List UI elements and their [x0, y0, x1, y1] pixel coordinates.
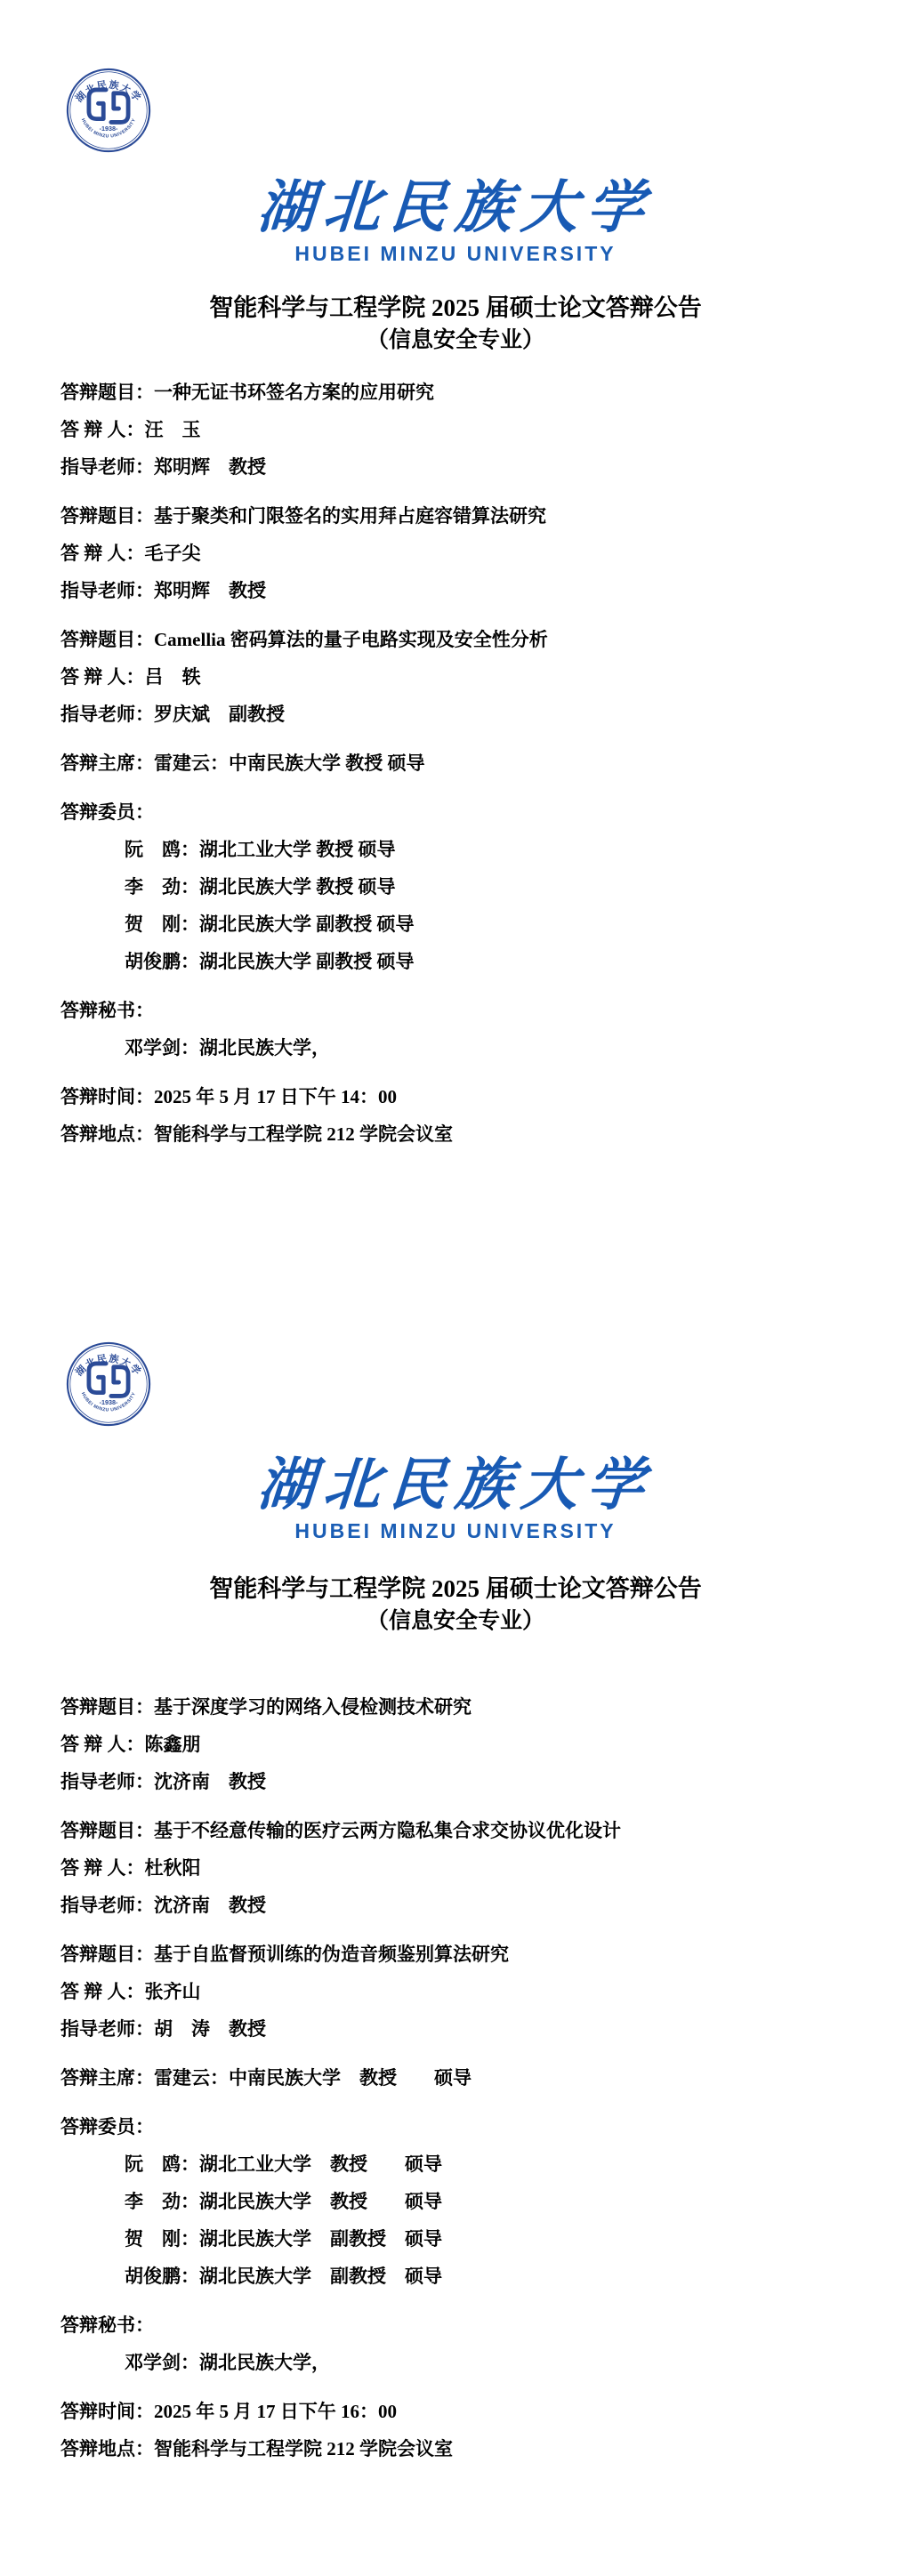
committee-header: 答辩委员：: [60, 793, 875, 831]
university-wordmark-cn: 湖北民族大学: [0, 1439, 911, 1521]
secretary-label: 答辩秘书：: [60, 1000, 154, 1021]
announcement-page-2: 湖北民族大学 -1938- HUBEI MINZU UNIVERSITY 湖北民…: [0, 1288, 911, 2576]
announcement-body: 答辩题目：一种无证书环签名方案的应用研究 答 辩 人：汪 玉 指导老师：郑明辉 …: [60, 374, 875, 1153]
committee-member: 贺 刚：湖北民族大学 副教授 硕导: [60, 2220, 875, 2258]
thesis-entry: 答辩题目：基于深度学习的网络入侵检测技术研究 答 辩 人：陈鑫朋 指导老师：沈济…: [60, 1688, 875, 1800]
advisor-label: 指导老师：: [60, 2018, 154, 2040]
candidate-line: 答 辩 人：吕 轶: [60, 658, 875, 696]
secretary-info: 邓学剑：湖北民族大学，: [60, 1029, 875, 1067]
committee-label: 答辩委员：: [60, 2116, 154, 2137]
secretary-label: 答辩秘书：: [60, 2314, 154, 2336]
defense-topic-label: 答辩题目：: [60, 1944, 154, 1965]
committee-group: 答辩委员： 阮 鸥：湖北工业大学 教授 硕导 李 劲：湖北民族大学 教授 硕导 …: [60, 2108, 875, 2295]
university-seal-svg: 湖北民族大学 -1938- HUBEI MINZU UNIVERSITY: [66, 68, 151, 153]
advisor-line: 指导老师：郑明辉 教授: [60, 448, 875, 486]
defense-topic-line: 答辩题目：基于自监督预训练的伪造音频鉴别算法研究: [60, 1936, 875, 1973]
advisor-line: 指导老师：沈济南 教授: [60, 1887, 875, 1924]
chair-info: 雷建云：中南民族大学 教授 硕导: [154, 753, 425, 774]
venue-label: 答辩地点：: [60, 1123, 154, 1145]
advisor-line: 指导老师：胡 涛 教授: [60, 2010, 875, 2048]
candidate-label: 答 辩 人：: [60, 419, 145, 440]
advisor-label: 指导老师：: [60, 580, 154, 601]
advisor-name: 沈济南 教授: [154, 1895, 266, 1916]
committee-member: 李 劲：湖北民族大学 教授 硕导: [60, 2183, 875, 2220]
secretary-header: 答辩秘书：: [60, 2306, 875, 2344]
thesis-entry: 答辩题目：基于不经意传输的医疗云两方隐私集合求交协议优化设计 答 辩 人：杜秋阳…: [60, 1812, 875, 1924]
page-title: 智能科学与工程学院 2025 届硕士论文答辩公告: [0, 288, 911, 323]
advisor-label: 指导老师：: [60, 456, 154, 478]
advisor-name: 胡 涛 教授: [154, 2018, 266, 2040]
committee-group: 答辩委员： 阮 鸥：湖北工业大学 教授 硕导 李 劲：湖北民族大学 教授 硕导 …: [60, 793, 875, 980]
secretary-info: 邓学剑：湖北民族大学，: [60, 2344, 875, 2381]
committee-member: 阮 鸥：湖北工业大学 教授 硕导: [60, 831, 875, 868]
page-subtitle: （信息安全专业）: [0, 1603, 911, 1635]
defense-topic: 一种无证书环签名方案的应用研究: [154, 382, 434, 403]
advisor-name: 郑明辉 教授: [154, 456, 266, 478]
defense-topic: 基于不经意传输的医疗云两方隐私集合求交协议优化设计: [154, 1820, 621, 1841]
page-title: 智能科学与工程学院 2025 届硕士论文答辩公告: [0, 1569, 911, 1604]
announcement-body: 答辩题目：基于深度学习的网络入侵检测技术研究 答 辩 人：陈鑫朋 指导老师：沈济…: [60, 1688, 875, 2467]
secretary-header: 答辩秘书：: [60, 992, 875, 1029]
advisor-line: 指导老师：郑明辉 教授: [60, 572, 875, 609]
committee-member: 胡俊鹏：湖北民族大学 副教授 硕导: [60, 2258, 875, 2295]
thesis-entry: 答辩题目：Camellia 密码算法的量子电路实现及安全性分析 答 辩 人：吕 …: [60, 621, 875, 733]
candidate-line: 答 辩 人：张齐山: [60, 1973, 875, 2010]
chair-line: 答辩主席：雷建云：中南民族大学 教授 硕导: [60, 745, 875, 782]
chair-group: 答辩主席：雷建云：中南民族大学 教授 硕导: [60, 2059, 875, 2097]
chair-info: 雷建云：中南民族大学 教授 硕导: [154, 2067, 472, 2089]
defense-topic-label: 答辩题目：: [60, 629, 154, 650]
venue-value: 智能科学与工程学院 212 学院会议室: [154, 1123, 453, 1145]
defense-topic: 基于自监督预训练的伪造音频鉴别算法研究: [154, 1944, 509, 1965]
defense-topic: 基于深度学习的网络入侵检测技术研究: [154, 1696, 472, 1718]
committee-member: 阮 鸥：湖北工业大学 教授 硕导: [60, 2145, 875, 2183]
announcement-page-1: 湖北民族大学 -1938- HUBEI MINZU UNIVERSITY 湖北民…: [0, 0, 911, 1288]
candidate-name: 吕 轶: [145, 666, 201, 688]
university-wordmark-en: HUBEI MINZU UNIVERSITY: [0, 242, 911, 266]
candidate-name: 杜秋阳: [145, 1857, 201, 1879]
candidate-line: 答 辩 人：杜秋阳: [60, 1849, 875, 1887]
candidate-name: 陈鑫朋: [145, 1734, 201, 1755]
advisor-name: 郑明辉 教授: [154, 580, 266, 601]
venue-label: 答辩地点：: [60, 2438, 154, 2459]
secretary-group: 答辩秘书： 邓学剑：湖北民族大学，: [60, 2306, 875, 2381]
advisor-name: 罗庆斌 副教授: [154, 704, 285, 725]
candidate-label: 答 辩 人：: [60, 1981, 145, 2002]
defense-topic-line: 答辩题目：一种无证书环签名方案的应用研究: [60, 374, 875, 411]
defense-topic: 基于聚类和门限签名的实用拜占庭容错算法研究: [154, 505, 546, 527]
secretary-group: 答辩秘书： 邓学剑：湖北民族大学，: [60, 992, 875, 1067]
defense-topic-line: 答辩题目：基于不经意传输的医疗云两方隐私集合求交协议优化设计: [60, 1812, 875, 1849]
schedule-group: 答辩时间：2025 年 5 月 17 日下午 14：00 答辩地点：智能科学与工…: [60, 1078, 875, 1153]
candidate-line: 答 辩 人：汪 玉: [60, 411, 875, 448]
committee-header: 答辩委员：: [60, 2108, 875, 2145]
advisor-line: 指导老师：沈济南 教授: [60, 1763, 875, 1800]
candidate-label: 答 辩 人：: [60, 666, 145, 688]
defense-topic-label: 答辩题目：: [60, 382, 154, 403]
advisor-label: 指导老师：: [60, 1771, 154, 1792]
university-wordmark-cn: 湖北民族大学: [0, 162, 911, 244]
thesis-entry: 答辩题目：基于聚类和门限签名的实用拜占庭容错算法研究 答 辩 人：毛子尖 指导老…: [60, 497, 875, 609]
committee-member: 胡俊鹏：湖北民族大学 副教授 硕导: [60, 943, 875, 980]
defense-topic-line: 答辩题目：基于聚类和门限签名的实用拜占庭容错算法研究: [60, 497, 875, 535]
thesis-entry: 答辩题目：一种无证书环签名方案的应用研究 答 辩 人：汪 玉 指导老师：郑明辉 …: [60, 374, 875, 486]
chair-label: 答辩主席：: [60, 2067, 154, 2089]
defense-topic-label: 答辩题目：: [60, 1696, 154, 1718]
defense-topic-line: 答辩题目：Camellia 密码算法的量子电路实现及安全性分析: [60, 621, 875, 658]
candidate-label: 答 辩 人：: [60, 1857, 145, 1879]
candidate-line: 答 辩 人：毛子尖: [60, 535, 875, 572]
candidate-label: 答 辩 人：: [60, 1734, 145, 1755]
venue-line: 答辩地点：智能科学与工程学院 212 学院会议室: [60, 2430, 875, 2467]
time-label: 答辩时间：: [60, 2401, 154, 2422]
venue-line: 答辩地点：智能科学与工程学院 212 学院会议室: [60, 1115, 875, 1153]
university-seal-icon: 湖北民族大学 -1938- HUBEI MINZU UNIVERSITY: [66, 1341, 151, 1427]
time-line: 答辩时间：2025 年 5 月 17 日下午 14：00: [60, 1078, 875, 1115]
advisor-label: 指导老师：: [60, 1895, 154, 1916]
candidate-line: 答 辩 人：陈鑫朋: [60, 1726, 875, 1763]
candidate-name: 毛子尖: [145, 543, 201, 564]
chair-group: 答辩主席：雷建云：中南民族大学 教授 硕导: [60, 745, 875, 782]
candidate-name: 汪 玉: [145, 419, 201, 440]
university-seal-icon: 湖北民族大学 -1938- HUBEI MINZU UNIVERSITY: [66, 68, 151, 153]
time-line: 答辩时间：2025 年 5 月 17 日下午 16：00: [60, 2393, 875, 2430]
time-value: 2025 年 5 月 17 日下午 16：00: [154, 2401, 397, 2422]
defense-topic-label: 答辩题目：: [60, 1820, 154, 1841]
venue-value: 智能科学与工程学院 212 学院会议室: [154, 2438, 453, 2459]
thesis-entry: 答辩题目：基于自监督预训练的伪造音频鉴别算法研究 答 辩 人：张齐山 指导老师：…: [60, 1936, 875, 2048]
committee-label: 答辩委员：: [60, 801, 154, 823]
schedule-group: 答辩时间：2025 年 5 月 17 日下午 16：00 答辩地点：智能科学与工…: [60, 2393, 875, 2467]
committee-member: 李 劲：湖北民族大学 教授 硕导: [60, 868, 875, 906]
defense-topic-label: 答辩题目：: [60, 505, 154, 527]
seal-year: -1938-: [100, 125, 118, 133]
defense-topic: Camellia 密码算法的量子电路实现及安全性分析: [154, 629, 548, 650]
candidate-label: 答 辩 人：: [60, 543, 145, 564]
time-label: 答辩时间：: [60, 1086, 154, 1107]
seal-year: -1938-: [100, 1398, 118, 1406]
advisor-name: 沈济南 教授: [154, 1771, 266, 1792]
page-subtitle: （信息安全专业）: [0, 322, 911, 354]
defense-topic-line: 答辩题目：基于深度学习的网络入侵检测技术研究: [60, 1688, 875, 1726]
chair-label: 答辩主席：: [60, 753, 154, 774]
advisor-line: 指导老师：罗庆斌 副教授: [60, 696, 875, 733]
advisor-label: 指导老师：: [60, 704, 154, 725]
candidate-name: 张齐山: [145, 1981, 201, 2002]
university-seal-svg: 湖北民族大学 -1938- HUBEI MINZU UNIVERSITY: [66, 1341, 151, 1427]
chair-line: 答辩主席：雷建云：中南民族大学 教授 硕导: [60, 2059, 875, 2097]
committee-member: 贺 刚：湖北民族大学 副教授 硕导: [60, 906, 875, 943]
university-wordmark-en: HUBEI MINZU UNIVERSITY: [0, 1519, 911, 1543]
time-value: 2025 年 5 月 17 日下午 14：00: [154, 1086, 397, 1107]
